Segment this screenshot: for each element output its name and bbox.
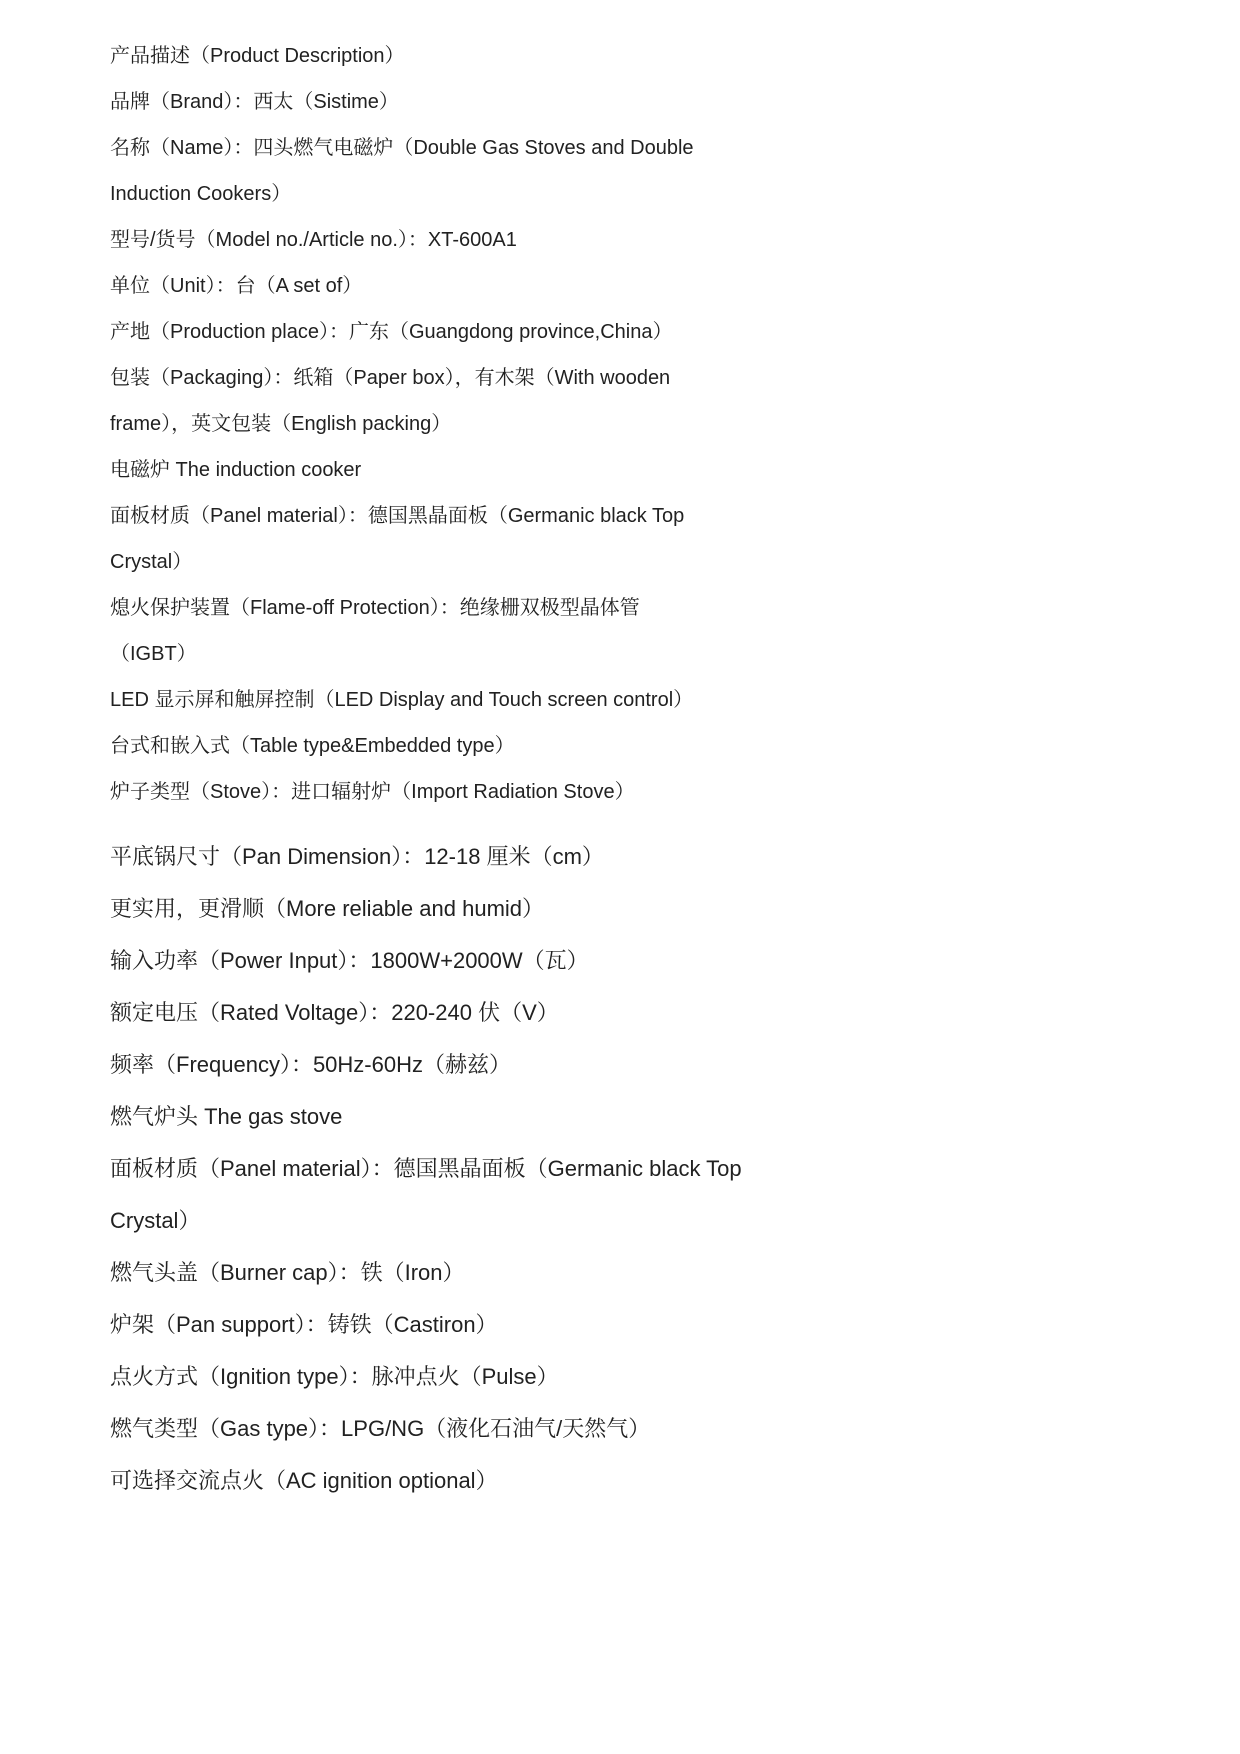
text-line: 熄火保护装置（Flame-off Protection）：绝缘栅双极型晶体管 [110, 585, 1180, 631]
text-line: 平底锅尺寸（Pan Dimension）：12-18 厘米（cm） [110, 831, 1180, 883]
text-line: 型号/货号（Model no./Article no.）：XT-600A1 [110, 217, 1180, 263]
text-line: 输入功率（Power Input）：1800W+2000W（瓦） [110, 935, 1180, 987]
text-line: 包装（Packaging）：纸箱（Paper box），有木架（With woo… [110, 355, 1180, 401]
text-line: LED 显示屏和触屏控制（LED Display and Touch scree… [110, 677, 1180, 723]
text-line: 炉子类型（Stove）：进口辐射炉（Import Radiation Stove… [110, 769, 1180, 815]
text-line: 燃气类型（Gas type）：LPG/NG（液化石油气/天然气） [110, 1403, 1180, 1455]
text-line: Crystal） [110, 539, 1180, 585]
text-line: frame），英文包装（English packing） [110, 401, 1180, 447]
text-line: 电磁炉 The induction cooker [110, 447, 1180, 493]
text-line: 点火方式（Ignition type）：脉冲点火（Pulse） [110, 1351, 1180, 1403]
text-line: 产地（Production place）：广东（Guangdong provin… [110, 309, 1180, 355]
text-line: Induction Cookers） [110, 171, 1180, 217]
text-line: 台式和嵌入式（Table type&Embedded type） [110, 723, 1180, 769]
product-description-page: 产品描述（Product Description）品牌（Brand）：西太（Si… [0, 0, 1240, 1754]
text-line: 更实用，更滑顺（More reliable and humid） [110, 883, 1180, 935]
text-line: 品牌（Brand）：西太（Sistime） [110, 79, 1180, 125]
text-line: 产品描述（Product Description） [110, 33, 1180, 79]
text-line: 面板材质（Panel material）：德国黑晶面板（Germanic bla… [110, 1143, 1180, 1195]
text-line: 燃气炉头 The gas stove [110, 1091, 1180, 1143]
text-line: 额定电压（Rated Voltage）：220-240 伏（V） [110, 987, 1180, 1039]
text-line: 频率（Frequency）：50Hz-60Hz（赫兹） [110, 1039, 1180, 1091]
section-gas-stove: 平底锅尺寸（Pan Dimension）：12-18 厘米（cm）更实用，更滑顺… [0, 831, 1240, 1507]
text-line: （IGBT） [110, 631, 1180, 677]
text-line: 名称（Name）：四头燃气电磁炉（Double Gas Stoves and D… [110, 125, 1180, 171]
text-line: 炉架（Pan support）：铸铁（Castiron） [110, 1299, 1180, 1351]
text-line: 面板材质（Panel material）：德国黑晶面板（Germanic bla… [110, 493, 1180, 539]
text-line: 单位（Unit）：台（A set of） [110, 263, 1180, 309]
text-line: 可选择交流点火（AC ignition optional） [110, 1455, 1180, 1507]
section-induction-cooker: 产品描述（Product Description）品牌（Brand）：西太（Si… [0, 0, 1240, 815]
text-line: Crystal） [110, 1195, 1180, 1247]
text-line: 燃气头盖（Burner cap）：铁（Iron） [110, 1247, 1180, 1299]
